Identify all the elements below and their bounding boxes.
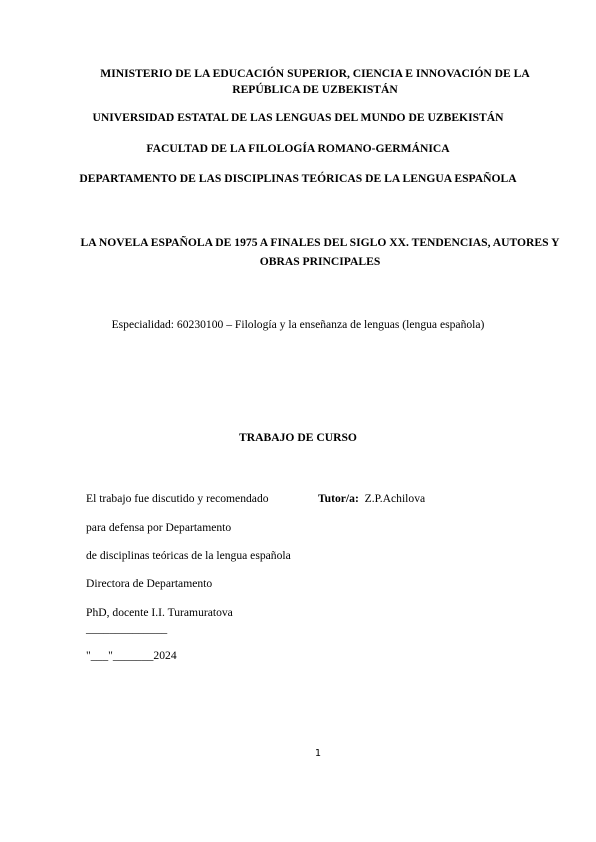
- page-number: 1: [0, 748, 596, 759]
- document-title: LA NOVELA ESPAÑOLA DE 1975 A FINALES DEL…: [80, 233, 560, 271]
- department-heading: DEPARTAMENTO DE LAS DISCIPLINAS TEÓRICAS…: [0, 171, 596, 187]
- university-heading: UNIVERSIDAD ESTATAL DE LAS LENGUAS DEL M…: [0, 110, 596, 126]
- approval-line-3: de disciplinas teóricas de la lengua esp…: [86, 549, 291, 562]
- signature-line: ______________: [86, 622, 167, 635]
- tutor-name: Z.P.Achilova: [365, 492, 426, 505]
- approval-line-5: PhD, docente I.I. Turamuratova: [86, 606, 233, 619]
- approval-line-2: para defensa por Departamento: [86, 521, 231, 534]
- specialty-line: Especialidad: 60230100 – Filología y la …: [0, 318, 596, 331]
- approval-line-1: El trabajo fue discutido y recomendado: [86, 492, 269, 505]
- work-type-heading: TRABAJO DE CURSO: [0, 430, 596, 446]
- date-line: "___"_______2024: [86, 649, 177, 662]
- tutor-block: Tutor/a: Z.P.Achilova: [318, 492, 425, 505]
- approval-line-4: Directora de Departamento: [86, 577, 212, 590]
- faculty-heading: FACULTAD DE LA FILOLOGÍA ROMANO-GERMÁNIC…: [0, 141, 596, 157]
- tutor-label: Tutor/a:: [318, 492, 359, 505]
- ministry-heading: MINISTERIO DE LA EDUCACIÓN SUPERIOR, CIE…: [70, 66, 560, 98]
